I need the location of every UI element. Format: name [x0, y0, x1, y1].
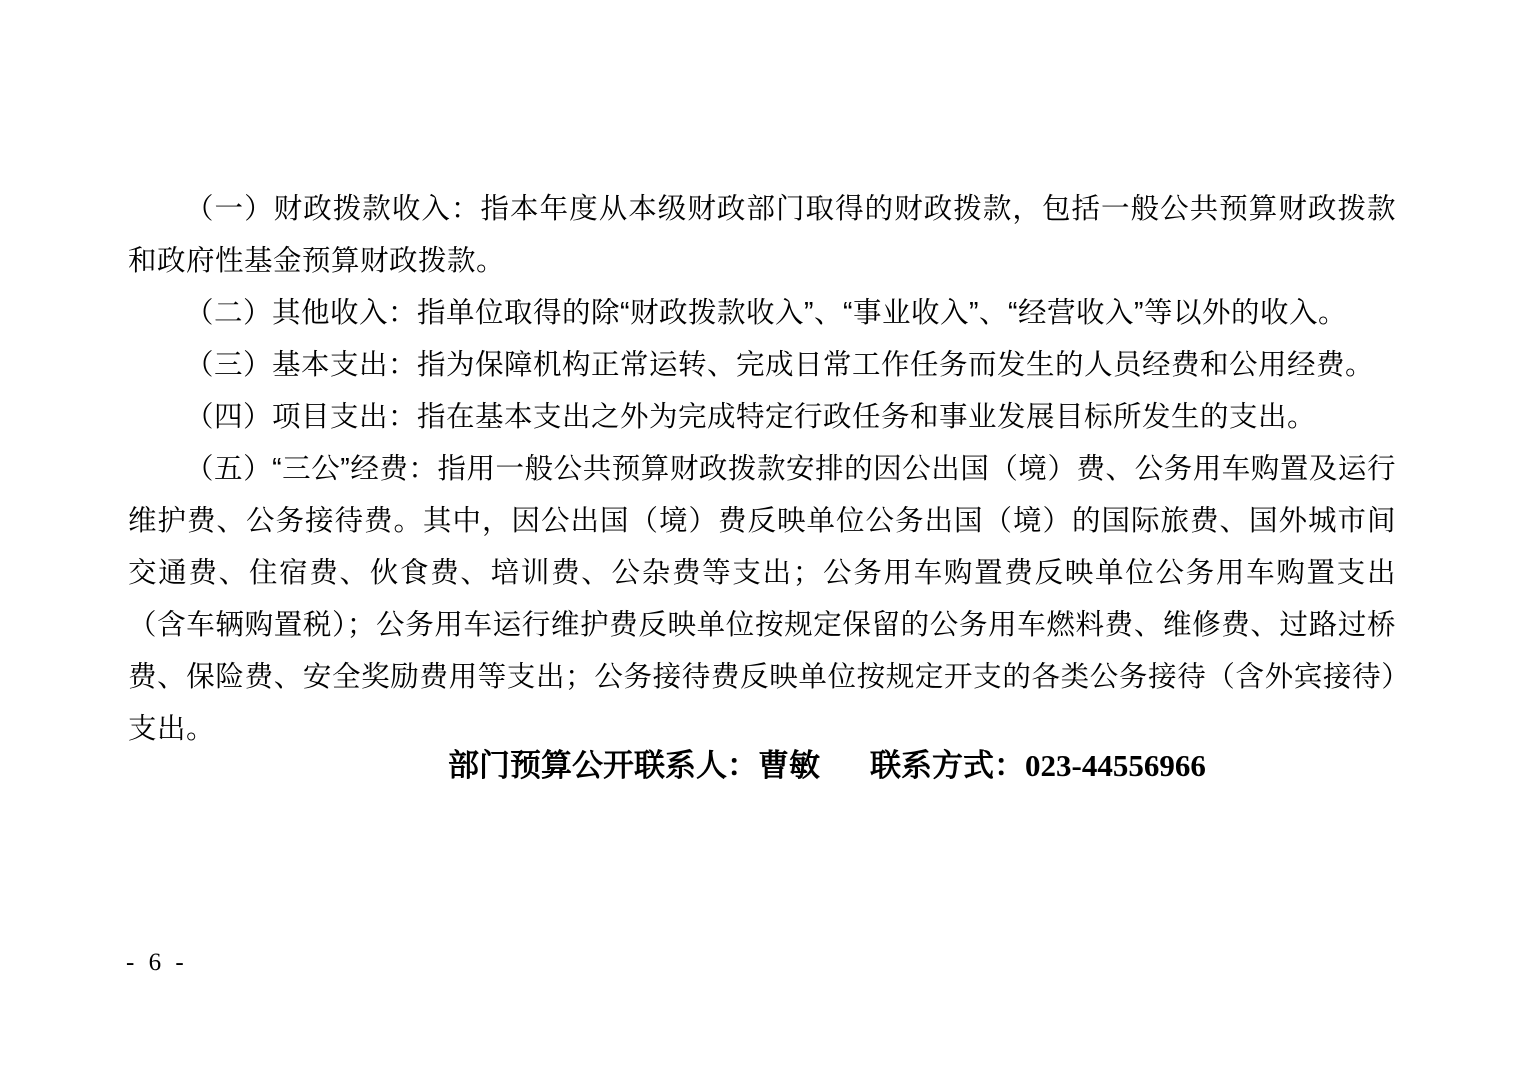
contact-person: 部门预算公开联系人：曹敏 — [448, 740, 820, 792]
paragraph-fiscal-appropriation-income: （一）财政拨款收入：指本年度从本级财政部门取得的财政拨款，包括一般公共预算财政拨… — [128, 183, 1396, 287]
paragraph-project-expenditure: （四）项目支出：指在基本支出之外为完成特定行政任务和事业发展目标所发生的支出。 — [128, 391, 1396, 443]
paragraph-other-income: （二）其他收入：指单位取得的除“财政拨款收入”、“事业收入”、“经营收入”等以外… — [128, 287, 1396, 339]
contact-phone: 023-44556966 — [1025, 748, 1206, 783]
contact-line: 部门预算公开联系人：曹敏 联系方式：023-44556966 — [448, 740, 1206, 792]
contact-method: 联系方式：023-44556966 — [870, 740, 1206, 792]
body-text: （一）财政拨款收入：指本年度从本级财政部门取得的财政拨款，包括一般公共预算财政拨… — [128, 183, 1396, 755]
page-number: - 6 - — [126, 946, 188, 980]
paragraph-three-public-expenses: （五）“三公”经费：指用一般公共预算财政拨款安排的因公出国（境）费、公务用车购置… — [128, 443, 1396, 755]
document-page: （一）财政拨款收入：指本年度从本级财政部门取得的财政拨款，包括一般公共预算财政拨… — [0, 0, 1520, 1074]
paragraph-basic-expenditure: （三）基本支出：指为保障机构正常运转、完成日常工作任务而发生的人员经费和公用经费… — [128, 339, 1396, 391]
contact-method-label: 联系方式： — [870, 748, 1025, 783]
